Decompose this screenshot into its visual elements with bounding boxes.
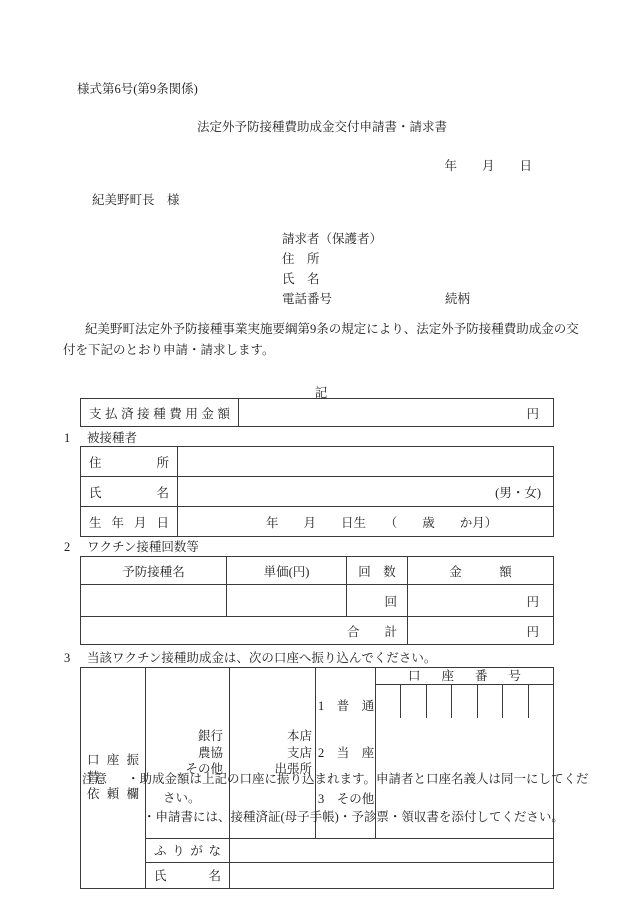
section-3-number: 3 bbox=[64, 651, 70, 666]
birth-date-template-cell: 年 月 日生 （ 歳 か月） bbox=[178, 507, 554, 537]
section-3-heading: 3 当該ワクチン接種助成金は、次の口座へ振り込んでください。 bbox=[64, 651, 544, 666]
count-cell: 回 bbox=[347, 585, 408, 617]
furigana-label: ふ り が な bbox=[146, 838, 230, 862]
doc-title: 法定外予防接種費助成金交付申請書・請求書 bbox=[0, 120, 630, 135]
note-line-1: ・助成金額は上記の口座に振り込まれます。申請者と口座名義人は同一にしてくだ bbox=[127, 772, 589, 787]
requester-heading: 請求者（保護者） bbox=[282, 232, 382, 247]
account-digit-box bbox=[502, 685, 527, 718]
count-header: 回 数 bbox=[347, 557, 408, 585]
amount-header: 金 額 bbox=[408, 557, 554, 585]
total-amount-cell: 円 bbox=[408, 617, 554, 645]
account-number-label: 口 座 番 号 bbox=[376, 668, 553, 685]
section-2-heading: 2 ワクチン接種回数等 bbox=[64, 540, 364, 555]
account-number-boxes bbox=[376, 685, 553, 718]
account-digit-box bbox=[451, 685, 476, 718]
bank-type-jalabel: 農協 bbox=[146, 745, 223, 762]
recipient-name-cell: (男・女) bbox=[178, 477, 554, 507]
total-label-cell: 合 計 bbox=[81, 617, 408, 645]
account-digit-box bbox=[426, 685, 451, 718]
section-3-title: 当該ワクチン接種助成金は、次の口座へ振り込んでください。 bbox=[87, 651, 436, 666]
holder-name-blank-cell bbox=[230, 862, 554, 888]
account-type-other: 3 その他 bbox=[318, 791, 375, 808]
section-1-heading: 1 被接種者 bbox=[64, 431, 264, 446]
note-line-3: ・申請書には、接種済証(母子手帳)・予診票・領収書を添付してください。 bbox=[143, 810, 564, 825]
requester-phone-label: 電話番号 bbox=[282, 292, 332, 307]
vaccine-table: 予防接種名 単価(円) 回 数 金 額 回 円 合 計 円 bbox=[80, 556, 554, 645]
transfer-label-line-2: 依 頼 欄 bbox=[87, 786, 139, 803]
recipient-table: 住 所 氏 名 (男・女) 生 年 月 日 年 月 日生 （ 歳 か月） bbox=[80, 446, 554, 537]
holder-name-label: 氏 名 bbox=[146, 862, 230, 888]
branch-type-head-office: 本店 bbox=[230, 728, 312, 745]
section-2-title: ワクチン接種回数等 bbox=[87, 540, 199, 555]
requester-name-label: 氏 名 bbox=[282, 272, 320, 287]
amount-unit: 円 bbox=[526, 595, 539, 609]
unit-price-header: 単価(円) bbox=[227, 557, 347, 585]
requester-address-label: 住 所 bbox=[282, 252, 320, 267]
birth-date-label: 生 年 月 日 bbox=[81, 507, 178, 537]
recipient-address-blank-cell bbox=[178, 447, 554, 477]
note-line-2: さい。 bbox=[163, 791, 201, 806]
paid-amount-label: 支 払 済 接 種 費 用 金 額 bbox=[81, 399, 239, 427]
sex-options: (男・女) bbox=[495, 486, 541, 500]
recipient-address-label: 住 所 bbox=[81, 447, 178, 477]
account-digit-box bbox=[528, 685, 553, 718]
bank-type-bank: 銀行 bbox=[146, 728, 223, 745]
recipient-name-label: 氏 名 bbox=[81, 477, 178, 507]
body-paragraph-line-1: 紀美野町法定外予防接種事業実施要綱第9条の規定により、法定外予防接種費助成金の交 bbox=[85, 322, 579, 337]
form-number: 様式第6号(第9条関係) bbox=[77, 82, 198, 97]
unit-price-blank-cell bbox=[227, 585, 347, 617]
amount-cell: 円 bbox=[408, 585, 554, 617]
account-digit-box bbox=[477, 685, 502, 718]
relation-label: 続柄 bbox=[445, 292, 470, 307]
addressee-line: 紀美野町長 様 bbox=[92, 193, 180, 208]
vaccine-name-header: 予防接種名 bbox=[81, 557, 227, 585]
paid-amount-blank-cell: 円 bbox=[239, 399, 554, 427]
count-unit: 回 bbox=[384, 595, 397, 609]
section-2-number: 2 bbox=[64, 540, 70, 555]
account-digit-box bbox=[400, 685, 425, 718]
furigana-blank-cell bbox=[230, 838, 554, 862]
application-form-page: 様式第6号(第9条関係) 法定外予防接種費助成金交付申請書・請求書 年 月 日 … bbox=[0, 0, 630, 903]
account-digit-box bbox=[376, 685, 400, 718]
account-type-current: 2 当 座 bbox=[318, 745, 375, 762]
vaccine-name-blank-cell bbox=[81, 585, 227, 617]
notes-label: 注意 bbox=[82, 772, 107, 787]
date-line: 年 月 日 bbox=[444, 159, 532, 174]
paid-amount-table: 支 払 済 接 種 費 用 金 額 円 bbox=[80, 398, 554, 427]
section-1-number: 1 bbox=[64, 431, 70, 446]
yen-unit: 円 bbox=[526, 407, 539, 421]
account-type-ordinary: 1 普 通 bbox=[318, 698, 375, 715]
body-paragraph-line-2: 付を下記のとおり申請・請求します。 bbox=[63, 343, 275, 358]
branch-type-branch: 支店 bbox=[230, 745, 312, 762]
section-1-title: 被接種者 bbox=[87, 431, 137, 446]
total-unit: 円 bbox=[526, 625, 539, 639]
